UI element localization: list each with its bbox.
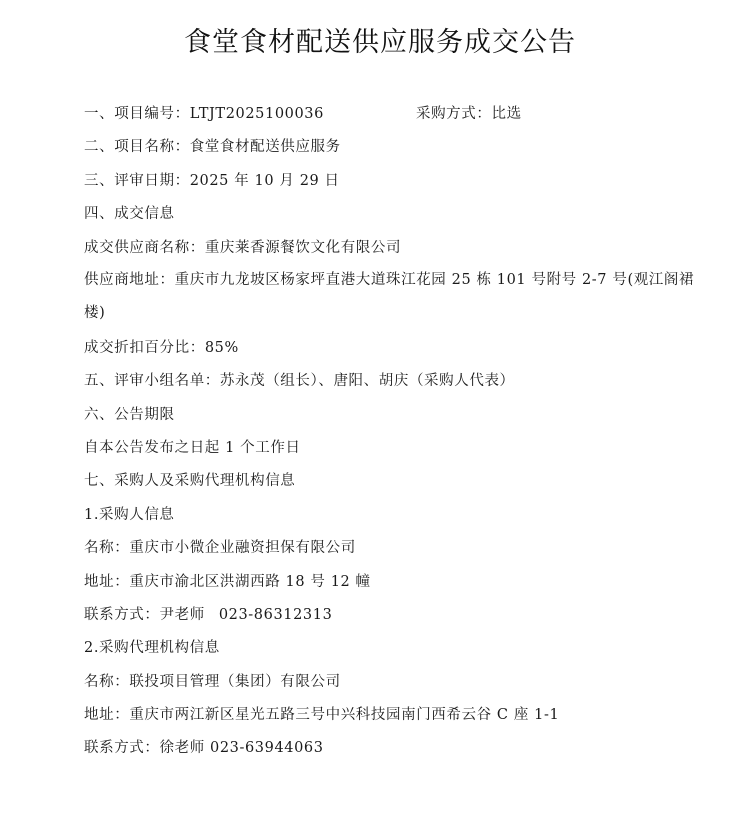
section-heading-notice-period: 六、公告期限 — [84, 401, 704, 434]
announcement-body: 一、项目编号：LTJT2025100036采购方式：比选 二、项目名称：食堂食材… — [84, 100, 704, 768]
project-number-line: 一、项目编号：LTJT2025100036采购方式：比选 — [84, 100, 704, 133]
discount-line: 成交折扣百分比：85% — [84, 334, 704, 367]
purchaser-address-line: 地址：重庆市渝北区洪湖西路 18 号 12 幢 — [84, 568, 704, 601]
purchaser-contact-phone: 023-86312313 — [219, 607, 333, 623]
section-heading-contacts: 七、采购人及采购代理机构信息 — [84, 467, 704, 500]
project-name-value: 食堂食材配送供应服务 — [190, 139, 341, 155]
purchaser-contact-person: 尹老师 — [160, 607, 205, 623]
purchaser-name-line: 名称：重庆市小微企业融资担保有限公司 — [84, 534, 704, 567]
review-panel-value: 苏永茂（组长）、唐阳、胡庆（采购人代表） — [220, 373, 515, 389]
supplier-name-value: 重庆莱香源餐饮文化有限公司 — [205, 240, 401, 256]
agency-name-value: 联投项目管理（集团）有限公司 — [129, 674, 340, 690]
supplier-address-label: 供应商地址： — [84, 272, 175, 288]
section-heading-deal-info: 四、成交信息 — [84, 200, 704, 233]
agency-heading: 2.采购代理机构信息 — [84, 634, 704, 667]
agency-name-line: 名称：联投项目管理（集团）有限公司 — [84, 668, 704, 701]
notice-period-value: 自本公告发布之日起 1 个工作日 — [84, 434, 704, 467]
purchaser-address-value: 重庆市渝北区洪湖西路 18 号 12 幢 — [129, 574, 370, 590]
supplier-address-value: 重庆市九龙坡区杨家坪直港大道珠江花园 25 栋 101 号附号 2-7 号(观江… — [84, 272, 694, 321]
agency-address-label: 地址： — [84, 707, 129, 723]
agency-contact-value: 徐老师 023-63944063 — [160, 740, 324, 756]
purchaser-address-label: 地址： — [84, 574, 129, 590]
supplier-address-line: 供应商地址：重庆市九龙坡区杨家坪直港大道珠江花园 25 栋 101 号附号 2-… — [84, 264, 704, 331]
project-name-line: 二、项目名称：食堂食材配送供应服务 — [84, 133, 704, 166]
agency-address-value: 重庆市两江新区星光五路三号中兴科技园南门西希云谷 C 座 1-1 — [129, 707, 559, 723]
project-number-label: 一、项目编号： — [84, 106, 190, 122]
procurement-method-label: 采购方式： — [416, 106, 492, 122]
purchaser-name-value: 重庆市小微企业融资担保有限公司 — [129, 540, 356, 556]
supplier-name-line: 成交供应商名称：重庆莱香源餐饮文化有限公司 — [84, 234, 704, 267]
discount-value: 85% — [205, 340, 239, 356]
review-date-label: 三、评审日期： — [84, 173, 190, 189]
purchaser-heading: 1.采购人信息 — [84, 501, 704, 534]
project-number-value: LTJT2025100036 — [190, 106, 324, 122]
agency-name-label: 名称： — [84, 674, 129, 690]
review-date-line: 三、评审日期：2025 年 10 月 29 日 — [84, 167, 704, 200]
procurement-method-value: 比选 — [491, 106, 521, 122]
review-panel-label: 五、评审小组名单： — [84, 373, 220, 389]
purchaser-contact-label: 联系方式： — [84, 607, 160, 623]
agency-address-line: 地址：重庆市两江新区星光五路三号中兴科技园南门西希云谷 C 座 1-1 — [84, 701, 704, 734]
agency-contact-label: 联系方式： — [84, 740, 160, 756]
supplier-name-label: 成交供应商名称： — [84, 240, 205, 256]
agency-contact-line: 联系方式：徐老师 023-63944063 — [84, 734, 704, 767]
purchaser-name-label: 名称： — [84, 540, 129, 556]
review-date-value: 2025 年 10 月 29 日 — [190, 173, 340, 189]
discount-label: 成交折扣百分比： — [84, 340, 205, 356]
project-name-label: 二、项目名称： — [84, 139, 190, 155]
review-panel-line: 五、评审小组名单：苏永茂（组长）、唐阳、胡庆（采购人代表） — [84, 367, 704, 400]
page-title: 食堂食材配送供应服务成交公告 — [0, 20, 735, 59]
purchaser-contact-line: 联系方式：尹老师023-86312313 — [84, 601, 704, 634]
